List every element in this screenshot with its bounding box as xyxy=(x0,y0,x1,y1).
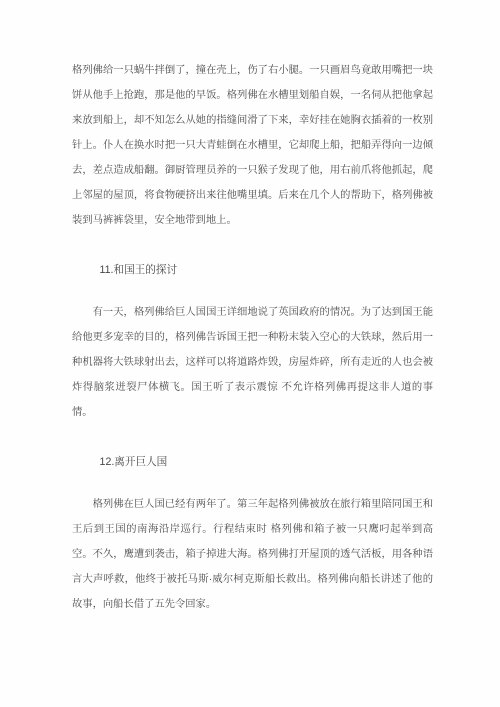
section-heading-11-discussion-with-king: 11.和国王的探讨 xyxy=(72,258,433,283)
paragraph-gulliver-incidents: 格列佛给一只蜗牛拌倒了，撞在壳上，伤了右小腿。一只画眉鸟竟敢用嘴把一块饼从他手上… xyxy=(72,58,433,233)
section-heading-12-leaving-giant-country: 12.离开巨人国 xyxy=(72,450,433,475)
document-content-column: 格列佛给一只蜗牛拌倒了，撞在壳上，伤了右小腿。一只画眉鸟竟敢用嘴把一块饼从他手上… xyxy=(72,58,433,617)
document-page: 格列佛给一只蜗牛拌倒了，撞在壳上，伤了右小腿。一只画眉鸟竟敢用嘴把一块饼从他手上… xyxy=(0,0,500,707)
paragraph-king-discussion: 有一天，格列佛给巨人国国王详细地说了英国政府的情况。为了达到国王能给他更多宠幸的… xyxy=(72,300,433,425)
paragraph-leaving-giant-country: 格列佛在巨人国已经有两年了。第三年起格列佛被放在旅行箱里陪同国王和王后到王国的南… xyxy=(72,492,433,617)
